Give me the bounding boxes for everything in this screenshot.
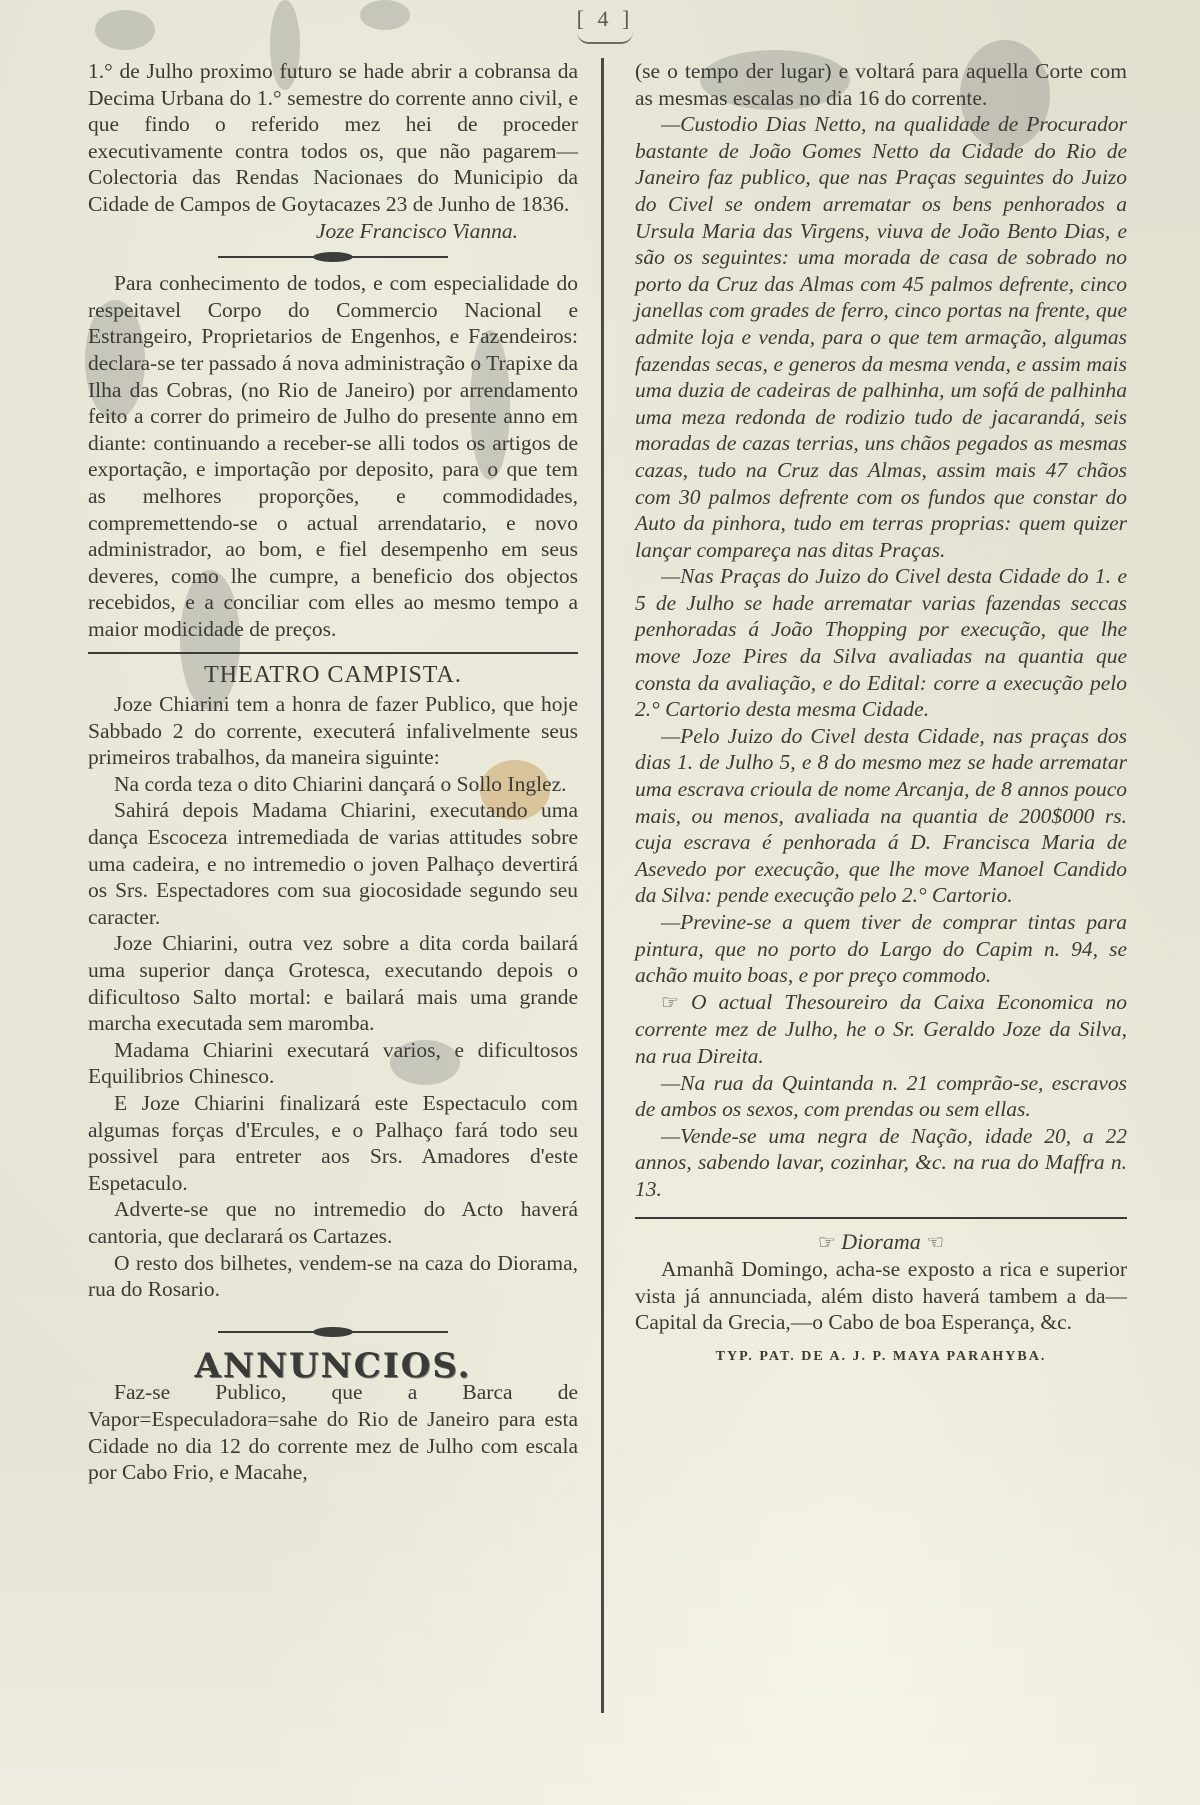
notice-decima-text: 1.° de Julho proximo futuro se hade abri… — [88, 58, 578, 218]
ad-custodio: —Custodio Dias Netto, na qualidade de Pr… — [635, 111, 1127, 563]
ink-stain — [360, 0, 410, 30]
ad-escrava-arcanja: —Pelo Juizo do Civel desta Cidade, nas p… — [635, 723, 1127, 909]
newspaper-page: [ 4 ] 1.° de Julho proximo futuro se had… — [0, 0, 1200, 1805]
pointing-hand-right-icon: ☞ — [818, 1232, 836, 1254]
section-rule — [88, 652, 578, 656]
ad-thesoureiro: ☞ O actual Thesoureiro da Caixa Economic… — [635, 989, 1127, 1070]
pointing-hand-left-icon: ☜ — [926, 1232, 944, 1254]
diorama: ☞ Diorama ☜ Amanhã Domingo, acha-se expo… — [635, 1229, 1127, 1336]
column-divider — [601, 58, 604, 1713]
continuation-text: (se o tempo der lugar) e voltará para aq… — [635, 58, 1127, 111]
theatro-paragraph: O resto dos bilhetes, vendem-se na caza … — [88, 1250, 578, 1303]
notice-decima-urbana: 1.° de Julho proximo futuro se hade abri… — [88, 58, 578, 244]
diorama-text: Amanhã Domingo, acha-se exposto a rica e… — [635, 1256, 1127, 1336]
page-number-brace — [577, 32, 633, 44]
notice-trapiche-text: Para conhecimento de todos, e com especi… — [88, 270, 578, 642]
ad-tintas: —Previne-se a quem tiver de comprar tint… — [635, 909, 1127, 989]
theatro-paragraph: Adverte-se que no intremedio do Acto hav… — [88, 1196, 578, 1249]
theatro-heading: THEATRO CAMPISTA. — [88, 662, 578, 689]
left-column: 1.° de Julho proximo futuro se hade abri… — [88, 58, 578, 1486]
ad-pracas-civel: —Nas Praças do Juizo do Civel desta Cida… — [635, 563, 1127, 723]
ad-quintanda: —Na rua da Quintanda n. 21 comprão-se, e… — [635, 1070, 1127, 1123]
theatro-paragraph: Sahirá depois Madama Chiarini, executand… — [88, 797, 578, 930]
diorama-heading: Diorama — [841, 1229, 920, 1254]
ornamental-divider — [218, 250, 448, 264]
pointing-hand-icon: ☞ — [661, 992, 679, 1014]
theatro-paragraph: Na corda teza o dito Chiarini dançará o … — [88, 771, 578, 798]
page-number: [ 4 ] — [575, 6, 635, 32]
ink-stain — [95, 10, 155, 50]
theatro-paragraph: Joze Chiarini tem a honra de fazer Publi… — [88, 691, 578, 771]
annuncios: ANNUNCIOS. Faz-se Publico, que a Barca d… — [88, 1353, 578, 1486]
annuncios-text: Faz-se Publico, que a Barca de Vapor=Esp… — [88, 1379, 578, 1485]
printer-imprint: TYP. PAT. DE A. J. P. MAYA PARAHYBA. — [635, 1344, 1127, 1371]
diorama-heading-row: ☞ Diorama ☜ — [635, 1229, 1127, 1257]
ad-thesoureiro-text: O actual Thesoureiro da Caixa Economica … — [635, 990, 1127, 1068]
right-column: (se o tempo der lugar) e voltará para aq… — [635, 58, 1127, 1371]
theatro-campista: THEATRO CAMPISTA. Joze Chiarini tem a ho… — [88, 662, 578, 1302]
annuncios-heading: ANNUNCIOS. — [88, 1353, 578, 1380]
theatro-paragraph: Joze Chiarini, outra vez sobre a dita co… — [88, 930, 578, 1036]
notice-trapiche: Para conhecimento de todos, e com especi… — [88, 270, 578, 642]
theatro-paragraph: E Joze Chiarini finalizará este Espectac… — [88, 1090, 578, 1196]
section-rule — [635, 1217, 1127, 1221]
ornamental-divider — [218, 1325, 448, 1339]
theatro-paragraph: Madama Chiarini executará varios, e difi… — [88, 1037, 578, 1090]
notice-decima-signature: Joze Francisco Vianna. — [88, 218, 578, 245]
ad-vende-se: —Vende-se uma negra de Nação, idade 20, … — [635, 1123, 1127, 1203]
